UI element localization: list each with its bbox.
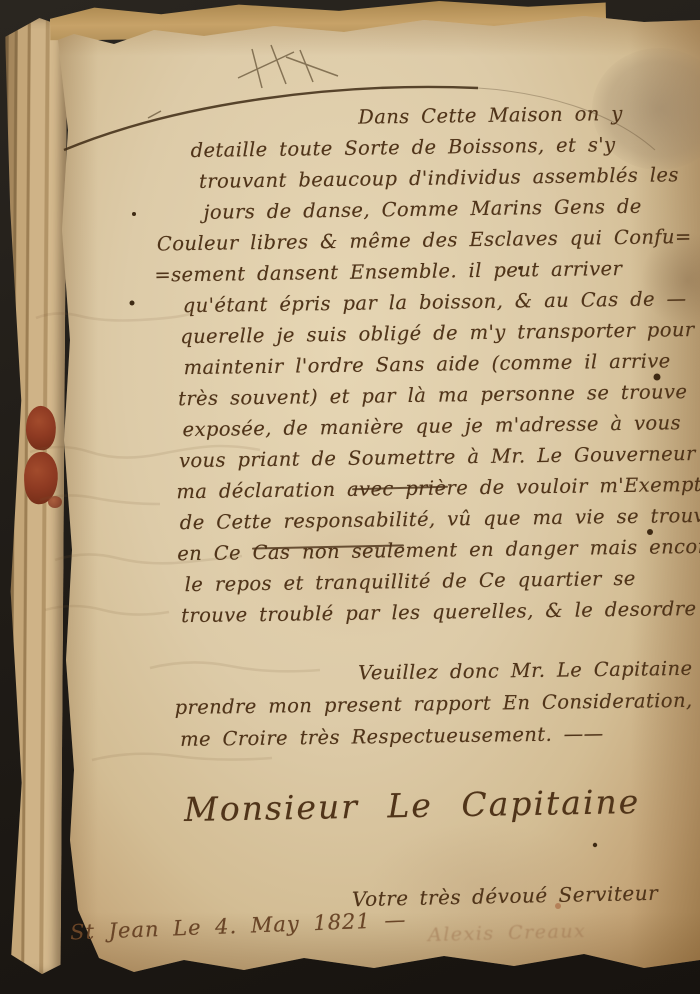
letter-body: Dans Cette Maison on ydetaille toute Sor… [190, 97, 700, 631]
signature-faint: Alexis Creaux [428, 920, 587, 946]
letter-paragraph-2: Veuillez donc Mr. Le Capitaineprendre mo… [174, 652, 700, 756]
salutation-line: Monsieur Le Capitaine [184, 782, 641, 829]
letter-paragraph-1: Dans Cette Maison on ydetaille toute Sor… [190, 97, 700, 631]
manuscript-line: Dans Cette Maison on y [358, 97, 700, 133]
scan-background: Dans Cette Maison on ydetaille toute Sor… [0, 0, 700, 994]
manuscript-line: Veuillez donc Mr. Le Capitaine [358, 652, 700, 689]
wax-seal-remnant [48, 496, 62, 508]
